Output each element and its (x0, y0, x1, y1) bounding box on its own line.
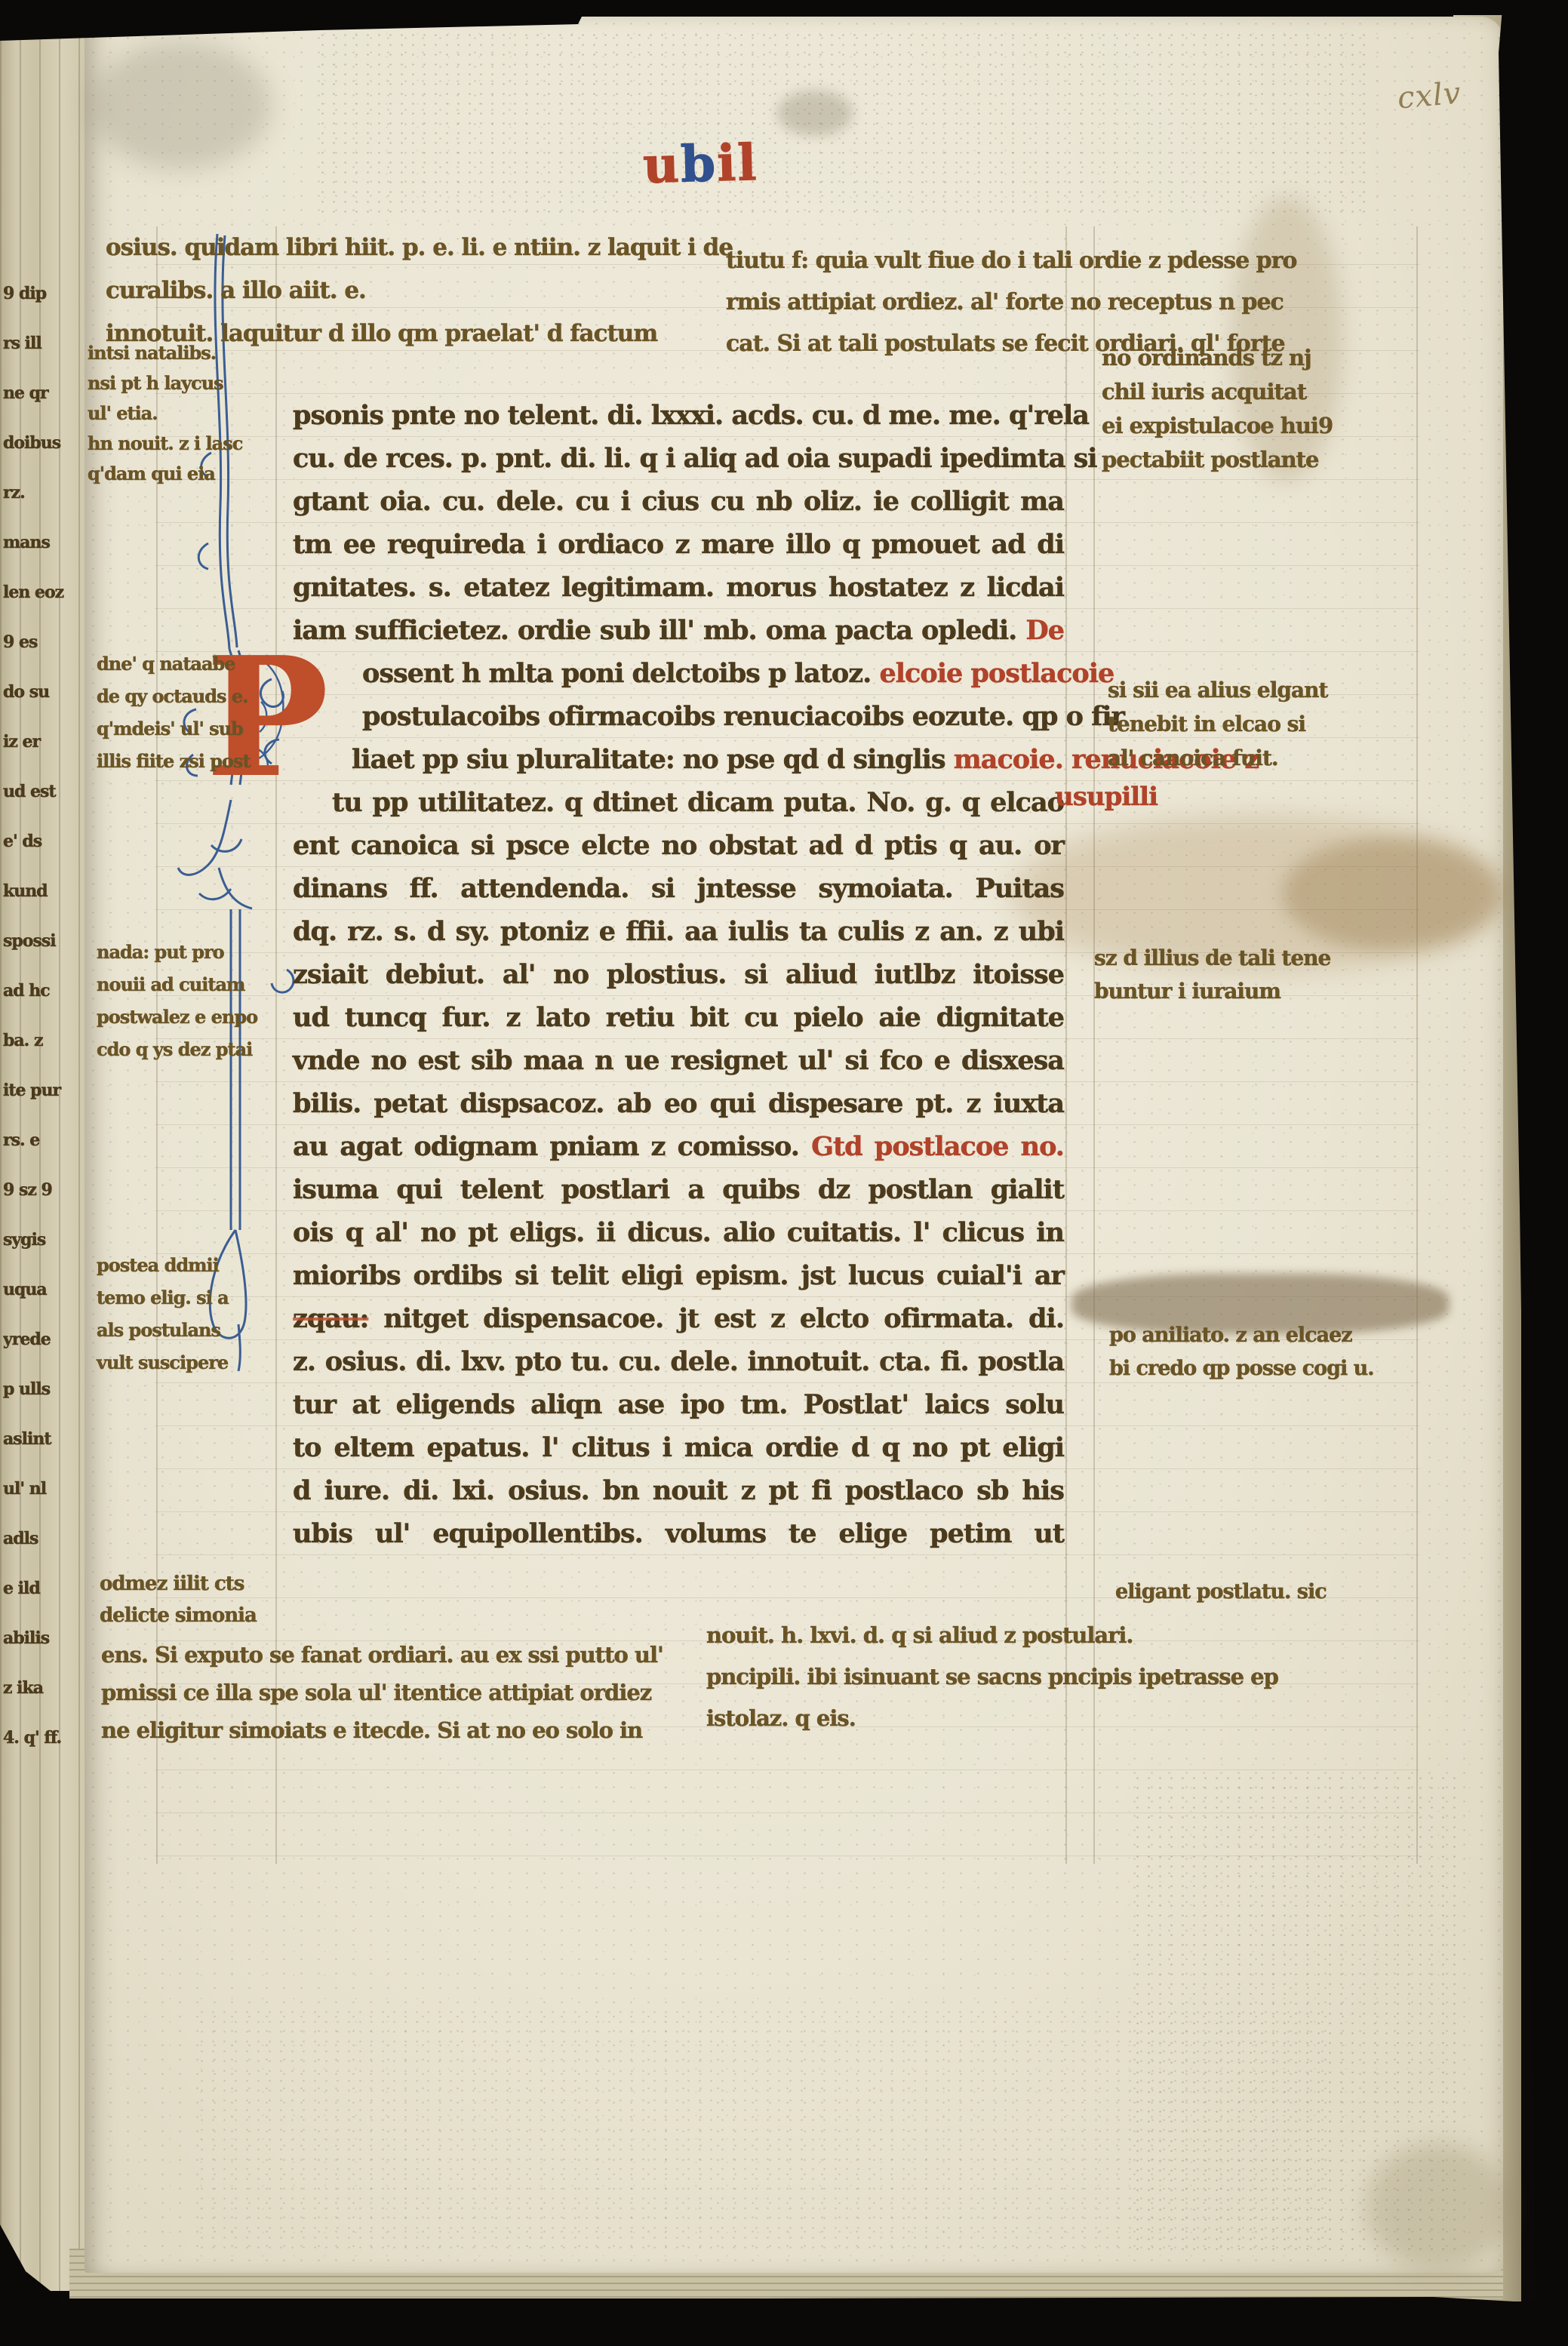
text-segment: z. osius. di. lxv. pto tu. cu. dele. inn… (293, 1346, 1064, 1377)
text-line: tiutu f: quia vult fiue do i tali ordie … (726, 240, 1296, 281)
text-line: e ild (3, 1563, 88, 1613)
text-line: dne' q nataabe (97, 647, 251, 680)
rubricated-text: il (716, 133, 758, 192)
text-line: ite pur (3, 1065, 88, 1115)
text-line: z. osius. di. lxv. pto tu. cu. dele. inn… (293, 1340, 1064, 1383)
text-line: ad hc (3, 966, 88, 1016)
text-line: ul' nl (3, 1464, 88, 1514)
text-line: postwalez e enpo (97, 1001, 257, 1033)
text-line: nouit. h. lxvi. d. q si aliud z postular… (706, 1615, 1278, 1656)
text-segment: gnitates. s. etatez legitimam. morus hos… (293, 572, 1064, 603)
text-line: 9 dip (3, 269, 88, 318)
gloss-top-left-a: osius. quidam libri hiit. p. e. li. e nt… (106, 226, 733, 355)
text-line: ud est (3, 767, 88, 816)
text-segment: nitget dispensacoe. jt est z elcto ofirm… (368, 1303, 1064, 1334)
text-line: rz. (3, 468, 88, 518)
text-line: isuma qui telent postlari a quibs dz pos… (293, 1168, 1064, 1211)
text-line: to eltem epatus. l' clitus i mica ordie … (293, 1426, 1064, 1469)
text-line: do su (3, 667, 88, 717)
text-segment: d iure. di. lxi. osius. bn nouit z pt fi… (293, 1475, 1064, 1506)
text-line: bilis. petat dispsacoz. ab eo qui dispes… (293, 1082, 1064, 1125)
gloss-right-1: no ordinands tz njchil iuris acquitatei … (1102, 341, 1333, 477)
rubricated-text: u (642, 135, 681, 195)
text-line: ens. Si exputo se fanat ordiari. au ex s… (101, 1636, 663, 1674)
text-segment: iam sufficietez. ordie sub ill' mb. oma … (293, 615, 1025, 646)
text-line: tur at eligends aliqn ase ipo tm. Postla… (293, 1383, 1064, 1426)
gloss-bottom-left-a: odmez iilit ctsdelicte simonia (100, 1568, 257, 1631)
text-line: tu pp utilitatez. q dtinet dicam puta. N… (293, 781, 1064, 824)
text-line: si sii ea alius elgant (1108, 673, 1327, 707)
text-segment: dinans ff. attendenda. si jntesse symoia… (293, 873, 1064, 904)
text-line: len eoz (3, 567, 88, 617)
text-line: ent canoica si psce elcte no obstat ad d… (293, 824, 1064, 867)
text-line: zsiait debiut. al' no plostius. si aliud… (293, 953, 1064, 996)
text-line: iz er (3, 717, 88, 767)
text-line: ei expistulacoe hui9 (1102, 409, 1333, 443)
text-line: hn nouit. z i lasc (88, 429, 242, 459)
rubricated-text: De (1025, 615, 1064, 646)
text-line: als postulans (97, 1314, 229, 1346)
text-segment: b (680, 134, 718, 193)
text-line: pmissi ce illa spe sola ul' itentice att… (101, 1674, 663, 1711)
text-segment: cu. de rces. p. pnt. di. li. q i aliq ad… (293, 443, 1097, 474)
text-segment: tm ee requireda i ordiaco z mare illo q … (293, 529, 1064, 560)
text-segment: mioribs ordibs si telit eligi epism. jst… (293, 1260, 1064, 1291)
text-line: ud tuncq fur. z lato retiu bit cu pielo … (293, 996, 1064, 1039)
text-line: vult suscipere (97, 1346, 229, 1379)
text-line: intsi natalibs. (88, 338, 242, 368)
text-segment: liaet pp siu pluralitate: no pse qd d si… (352, 744, 954, 775)
gloss-left-1: dne' q nataabede qy octauds e.q'mdeis' u… (97, 647, 251, 777)
rubricated-text: elcoie postlacoie (879, 658, 1114, 689)
speckle-zone-bottom (196, 2007, 1328, 2256)
folio-number: cxlv (1396, 75, 1462, 115)
gloss-right-5: eligant postlatu. sic (1115, 1577, 1327, 1607)
gloss-bottom-center: nouit. h. lxvi. d. q si aliud z postular… (706, 1615, 1278, 1739)
text-line: gnitates. s. etatez legitimam. morus hos… (293, 566, 1064, 609)
text-segment: postulacoibs ofirmacoibs renuciacoibs eo… (362, 701, 1124, 732)
text-segment: tur at eligends aliqn ase ipo tm. Postla… (293, 1389, 1064, 1420)
text-line: gtant oia. cu. dele. cu i cius cu nb oli… (293, 480, 1064, 523)
text-line: al' canoica fuit. (1108, 741, 1327, 775)
stain-topleft-corner (91, 42, 272, 170)
text-line: ois q al' no pt eligs. ii dicus. alio cu… (293, 1211, 1064, 1254)
rubricated-text: zqau: (293, 1303, 368, 1334)
text-line: cdo q ys dez ptai (97, 1033, 257, 1065)
text-line: nouii ad cuitam (97, 968, 257, 1001)
text-segment: isuma qui telent postlari a quibs dz pos… (293, 1174, 1064, 1205)
text-line: aslint (3, 1414, 88, 1464)
text-line: mioribs ordibs si telit eligi epism. jst… (293, 1254, 1064, 1297)
text-line: no ordinands tz nj (1102, 341, 1333, 375)
text-line: 9 sz 9 (3, 1165, 88, 1215)
text-line: delicte simonia (100, 1600, 257, 1631)
text-line: 4. q' ff. (3, 1713, 88, 1763)
stain-smudge-header (777, 91, 853, 136)
running-header: ubil (642, 136, 758, 192)
text-line: 9 es (3, 617, 88, 667)
text-line: uqua (3, 1265, 88, 1314)
photo-black-bottom (0, 2294, 1568, 2346)
text-line: osius. quidam libri hiit. p. e. li. e nt… (106, 226, 733, 269)
text-line: doibus (3, 418, 88, 468)
text-line: mans (3, 518, 88, 567)
gloss-bottom-left-b: ens. Si exputo se fanat ordiari. au ex s… (101, 1636, 663, 1749)
text-segment: tu pp utilitatez. q dtinet dicam puta. N… (332, 787, 1064, 818)
text-line: nsi pt h laycus (88, 368, 242, 398)
text-line: ubis ul' equipollentibs. volums te elige… (293, 1512, 1064, 1555)
text-segment: zsiait debiut. al' no plostius. si aliud… (293, 959, 1064, 990)
text-line: cu. de rces. p. pnt. di. li. q i aliq ad… (293, 437, 1064, 480)
text-line: psonis pnte no telent. di. lxxxi. acds. … (293, 394, 1064, 437)
gloss-top-left-b: intsi natalibs.nsi pt h laycusul' etia.h… (88, 338, 242, 489)
stain-botright-corner (1366, 2143, 1509, 2271)
text-line: istolaz. q eis. (706, 1698, 1278, 1739)
gloss-right-2: si sii ea alius elganttenebit in elcao s… (1108, 673, 1327, 775)
text-segment: vnde no est sib maa n ue resignet ul' si… (293, 1045, 1064, 1076)
text-line: ne eligitur simoiats e itecde. Si at no … (101, 1711, 663, 1749)
text-line: nada: put pro (97, 936, 257, 968)
manuscript-photo: { "colors": { "rubric_red": "#b0432a", "… (0, 0, 1568, 2346)
rubricated-text: Gtd postlacoe no. (811, 1131, 1064, 1162)
text-line: rs. e (3, 1115, 88, 1165)
text-line: pncipili. ibi isinuant se sacns pncipis … (706, 1656, 1278, 1698)
text-segment: ossent h mlta poni delctoibs p latoz. (362, 658, 879, 689)
text-line: yrede (3, 1314, 88, 1364)
text-line: tm ee requireda i ordiaco z mare illo q … (293, 523, 1064, 566)
text-line: au agat odignam pniam z comisso. Gtd pos… (293, 1125, 1064, 1168)
text-line: illis fiite zsi post (97, 745, 251, 777)
text-line: rmis attipiat ordiez. al' forte no recep… (726, 281, 1296, 323)
left-page-edges: 9 diprs illne qrdoibusrz.manslen eoz9 es… (0, 20, 89, 2291)
text-segment: to eltem epatus. l' clitus i mica ordie … (293, 1432, 1064, 1463)
text-segment: au agat odignam pniam z comisso. (293, 1131, 811, 1162)
text-segment: ubis ul' equipollentibs. volums te elige… (293, 1518, 1064, 1549)
main-text-overflow-word: usupilli (1055, 782, 1158, 812)
text-line: spossi (3, 916, 88, 966)
text-line: abilis (3, 1613, 88, 1663)
text-line: buntur i iuraium (1094, 975, 1330, 1008)
text-line: q'dam qui eia (88, 459, 242, 489)
text-line: q'mdeis' ul' sub (97, 712, 251, 745)
main-text-block: psonis pnte no telent. di. lxxxi. acds. … (293, 394, 1064, 1555)
text-line: d iure. di. lxi. osius. bn nouit z pt fi… (293, 1469, 1064, 1512)
gloss-left-3: postea ddmiitemo elig. si aals postulans… (97, 1249, 229, 1379)
text-line: curalibs. a illo aiit. e. (106, 269, 733, 312)
text-segment: ud tuncq fur. z lato retiu bit cu pielo … (293, 1002, 1064, 1033)
text-segment: ois q al' no pt eligs. ii dicus. alio cu… (293, 1217, 1064, 1248)
text-line: temo elig. si a (97, 1281, 229, 1314)
ruling-vertical-5 (1416, 226, 1418, 1864)
gloss-right-4: po aniliato. z an elcaezbi credo qp poss… (1109, 1319, 1374, 1385)
text-line: liaet pp siu pluralitate: no pse qd d si… (293, 738, 1064, 781)
text-line: sz d illius de tali tene (1094, 942, 1330, 975)
text-line: ossent h mlta poni delctoibs p latoz. el… (293, 652, 1064, 695)
text-line: chil iuris acquitat (1102, 375, 1333, 409)
text-line: dq. rz. s. d sy. ptoniz e ffii. aa iulis… (293, 910, 1064, 953)
text-line: ul' etia. (88, 398, 242, 429)
gloss-right-3: sz d illius de tali tenebuntur i iuraium (1094, 942, 1330, 1008)
gloss-left-2: nada: put pronouii ad cuitampostwalez e … (97, 936, 257, 1065)
text-line: sygis (3, 1215, 88, 1265)
text-segment: ent canoica si psce elcte no obstat ad d… (293, 830, 1064, 861)
text-line: de qy octauds e. (97, 680, 251, 712)
text-line: p ulls (3, 1364, 88, 1414)
text-segment: psonis pnte no telent. di. lxxxi. acds. … (293, 400, 1089, 431)
edge-bleed-text: 9 diprs illne qrdoibusrz.manslen eoz9 es… (3, 269, 88, 1763)
text-segment: dq. rz. s. d sy. ptoniz e ffii. aa iulis… (293, 916, 1064, 947)
text-line: kund (3, 866, 88, 916)
text-line: postea ddmii (97, 1249, 229, 1281)
text-line: ne qr (3, 368, 88, 418)
text-line: po aniliato. z an elcaez (1109, 1319, 1374, 1352)
text-line: bi credo qp posse cogi u. (1109, 1352, 1374, 1385)
text-line: dinans ff. attendenda. si jntesse symoia… (293, 867, 1064, 910)
text-line: zqau: nitget dispensacoe. jt est z elcto… (293, 1297, 1064, 1340)
text-segment: gtant oia. cu. dele. cu i cius cu nb oli… (293, 486, 1064, 517)
text-line: iam sufficietez. ordie sub ill' mb. oma … (293, 609, 1064, 652)
text-line: pectabiit postlante (1102, 443, 1333, 477)
text-line: z ika (3, 1663, 88, 1713)
text-line: vnde no est sib maa n ue resignet ul' si… (293, 1039, 1064, 1082)
text-line: e' ds (3, 816, 88, 866)
text-segment: bilis. petat dispsacoz. ab eo qui dispes… (293, 1088, 1064, 1119)
text-line: adls (3, 1514, 88, 1563)
text-line: postulacoibs ofirmacoibs renuciacoibs eo… (293, 695, 1064, 738)
text-line: tenebit in elcao si (1108, 707, 1327, 741)
text-line: ba. z (3, 1016, 88, 1065)
text-line: ubil (642, 136, 758, 192)
text-line: rs ill (3, 318, 88, 368)
text-line: eligant postlatu. sic (1115, 1577, 1327, 1607)
text-line: odmez iilit cts (100, 1568, 257, 1600)
